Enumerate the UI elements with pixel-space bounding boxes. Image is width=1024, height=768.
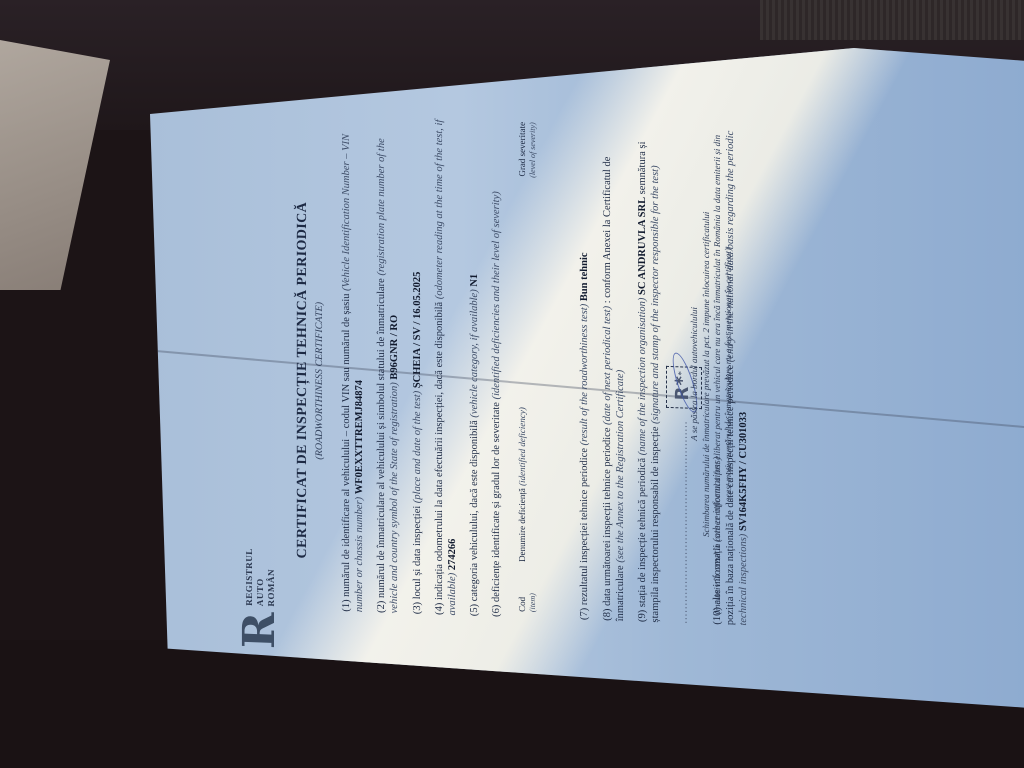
field-next-test: (8) data următoarei inspecții tehnice pe… — [601, 121, 627, 622]
field-registration: (2) numărul de înmatriculare al vehiculu… — [375, 113, 401, 614]
certificate-footer: * A se păstra la bordul autovehiculului … — [676, 123, 734, 625]
registration-value: B96GNR / RO — [389, 315, 400, 380]
field-odometer: (4) indicația odometrului la data efectu… — [433, 115, 459, 616]
field-result: (7) rezultatul inspecției tehnice period… — [578, 120, 591, 620]
sunlight-patch — [0, 40, 110, 290]
deficiency-col-severity: Grad severitate (level of severity) — [517, 122, 538, 183]
deficiency-col-code: Cod (item) — [517, 562, 538, 613]
category-value: N1 — [469, 274, 480, 287]
certificate-paper: R REGISTRUL AUTO ROMÂN CERTIFICAT DE INS… — [150, 48, 1024, 708]
certificate-document: R REGISTRUL AUTO ROMÂN CERTIFICAT DE INS… — [240, 108, 800, 668]
rar-logo-text: REGISTRUL AUTO ROMÂN — [240, 548, 277, 607]
vin-value: WF0EXXTTREMJ84874 — [354, 380, 365, 495]
certificate-title: CERTIFICAT DE INSPECȚIE TEHNICĂ PERIODIC… — [294, 170, 312, 591]
field-place-date: (3) locul și data inspecției (place and … — [411, 114, 424, 614]
rar-logo: R REGISTRUL AUTO ROMÂN — [240, 548, 280, 649]
deficiency-table: Cod (item) Denumire deficiență (identifi… — [517, 118, 538, 613]
field-category: (5) categoria vehiculului, dacă este dis… — [468, 116, 481, 616]
rar-logo-icon: R — [240, 611, 280, 649]
seat-fabric — [760, 0, 1024, 40]
place-date-value: ȘCHEIA / SV / 16.05.2025 — [412, 272, 423, 389]
result-value: Bun tehnic — [579, 252, 590, 301]
field-vin: (1) numărul de identificare al vehiculul… — [340, 111, 366, 612]
certificate-subtitle: (ROADWORTHINESS CERTIFICATE) — [314, 171, 327, 591]
database-entry-value: SV164K5FHY / CU301033 — [738, 412, 749, 532]
deficiency-col-name: Denumire deficiență (identified deficien… — [517, 182, 538, 563]
star-icon: * — [676, 123, 687, 623]
station-value: SC ANDRUVLA SRL — [637, 197, 648, 295]
odometer-value: 274266 — [447, 539, 458, 571]
field-deficiencies: (6) deficiențe identificate și gradul lo… — [490, 117, 503, 617]
